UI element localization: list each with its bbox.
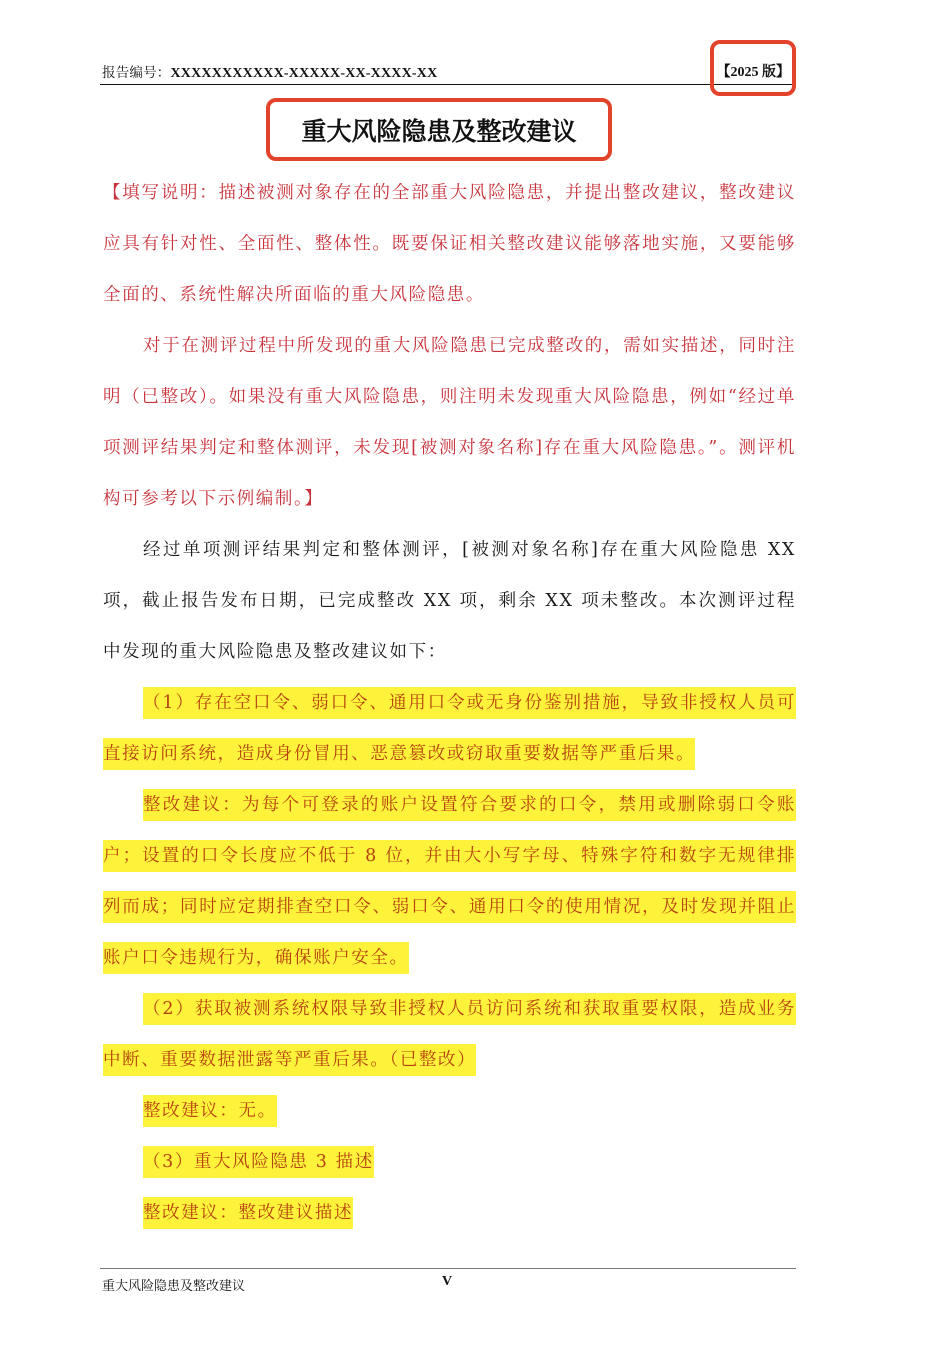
highlighted-text: 整改建议：为每个可登录的账户设置符合要求的口令，禁用或删除弱口令账户；设置的口令… bbox=[103, 789, 796, 974]
report-number-value: XXXXXXXXXXX-XXXXX-XX-XXXX-XX bbox=[171, 66, 438, 81]
instruction-paragraph-2: 对于在测评过程中所发现的重大风险隐患已完成整改的，需如实描述，同时注明（已整改）… bbox=[103, 321, 796, 525]
annotation-box-title bbox=[266, 98, 612, 161]
risk-item-2-recommendation: 整改建议：无。 bbox=[103, 1086, 796, 1137]
annotation-box-version bbox=[710, 40, 796, 96]
page-footer: 重大风险隐患及整改建议 V bbox=[100, 1268, 796, 1269]
footer-section-title: 重大风险隐患及整改建议 bbox=[102, 1275, 245, 1294]
report-number-label: 报告编号： bbox=[102, 65, 171, 81]
risk-item-3-description: （3）重大风险隐患 3 描述 bbox=[103, 1137, 796, 1188]
highlighted-text: 整改建议：整改建议描述 bbox=[143, 1197, 353, 1229]
page-number: V bbox=[442, 1274, 452, 1290]
highlighted-text: （3）重大风险隐患 3 描述 bbox=[143, 1146, 374, 1178]
document-body: 【填写说明：描述被测对象存在的全部重大风险隐患，并提出整改建议，整改建议应具有针… bbox=[103, 168, 796, 1239]
instruction-paragraph-1: 【填写说明：描述被测对象存在的全部重大风险隐患，并提出整改建议，整改建议应具有针… bbox=[103, 168, 796, 321]
highlighted-text: 整改建议：无。 bbox=[143, 1095, 277, 1127]
risk-item-3-recommendation: 整改建议：整改建议描述 bbox=[103, 1188, 796, 1239]
highlighted-text: （2）获取被测系统权限导致非授权人员访问系统和获取重要权限，造成业务中断、重要数… bbox=[103, 993, 796, 1076]
page-header: 报告编号：XXXXXXXXXXX-XXXXX-XX-XXXX-XX 【2025 … bbox=[100, 58, 796, 85]
summary-paragraph: 经过单项测评结果判定和整体测评，[被测对象名称]存在重大风险隐患 XX 项，截止… bbox=[103, 525, 796, 678]
risk-item-2-description: （2）获取被测系统权限导致非授权人员访问系统和获取重要权限，造成业务中断、重要数… bbox=[103, 984, 796, 1086]
highlighted-text: （1）存在空口令、弱口令、通用口令或无身份鉴别措施，导致非授权人员可直接访问系统… bbox=[103, 687, 796, 770]
report-number: 报告编号：XXXXXXXXXXX-XXXXX-XX-XXXX-XX bbox=[102, 61, 437, 82]
risk-item-1-recommendation: 整改建议：为每个可登录的账户设置符合要求的口令，禁用或删除弱口令账户；设置的口令… bbox=[103, 780, 796, 984]
risk-item-1-description: （1）存在空口令、弱口令、通用口令或无身份鉴别措施，导致非授权人员可直接访问系统… bbox=[103, 678, 796, 780]
